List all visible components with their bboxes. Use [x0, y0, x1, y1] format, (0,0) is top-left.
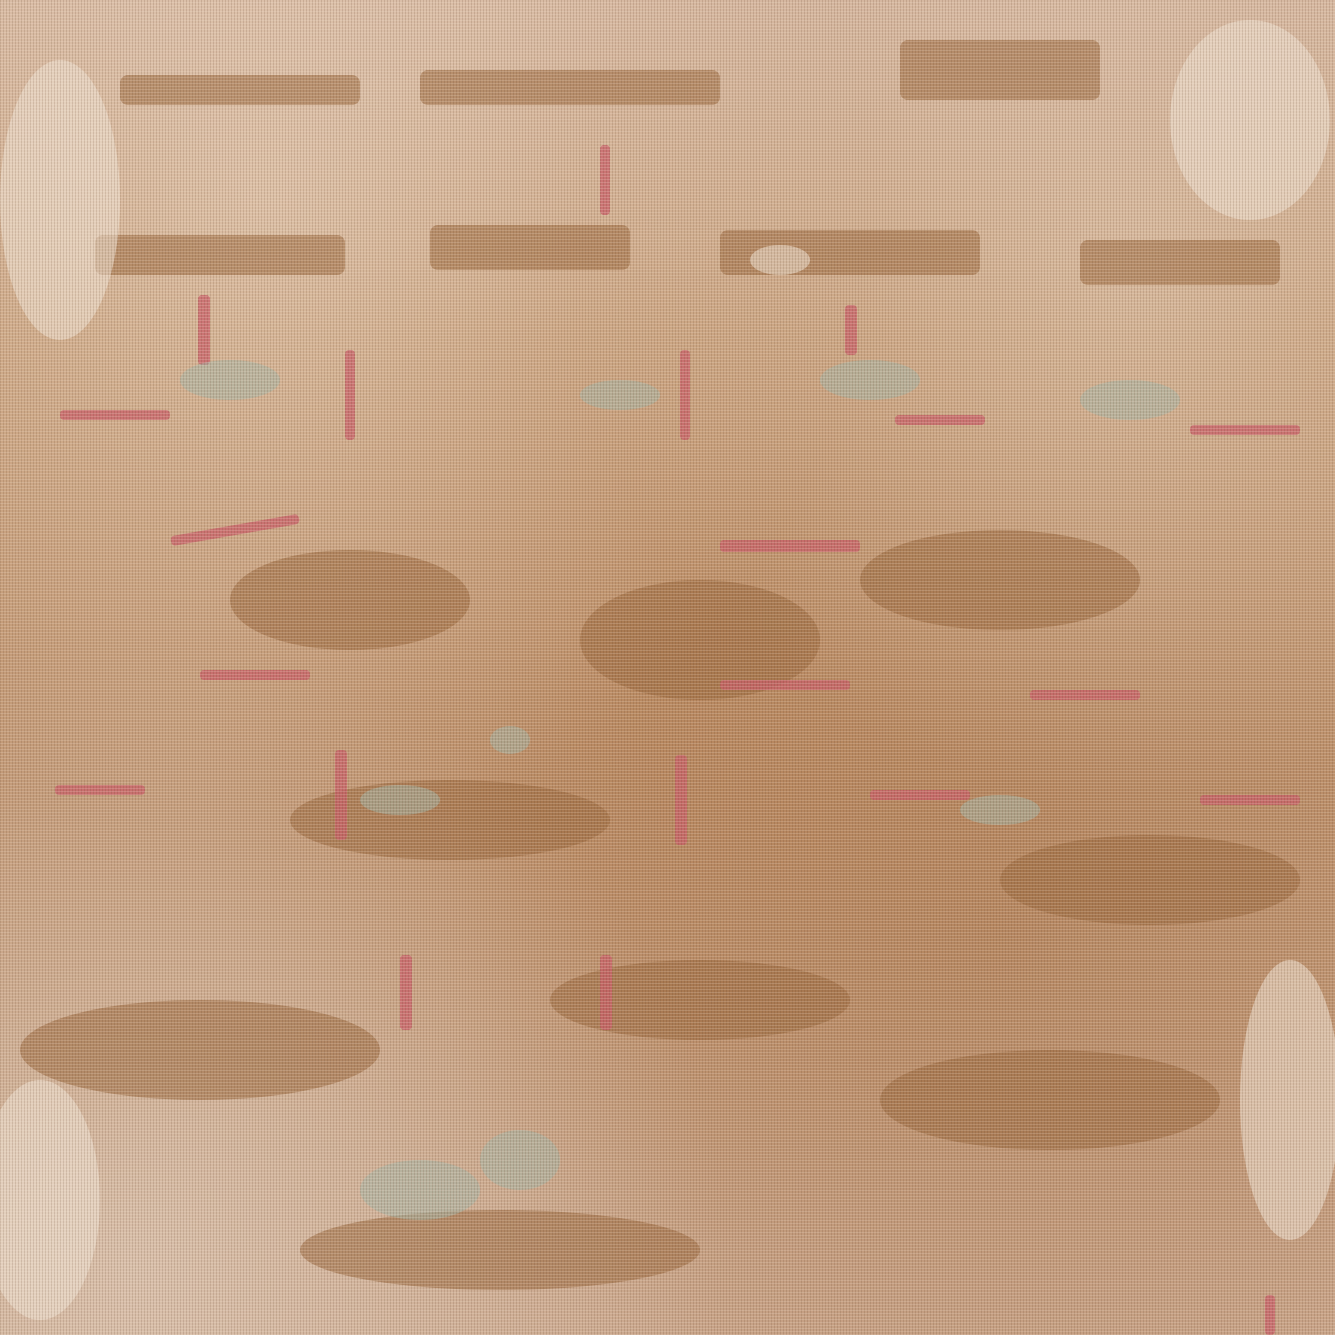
rug-photo	[0, 0, 1335, 1335]
rug-weave-overlay	[0, 0, 1335, 1335]
